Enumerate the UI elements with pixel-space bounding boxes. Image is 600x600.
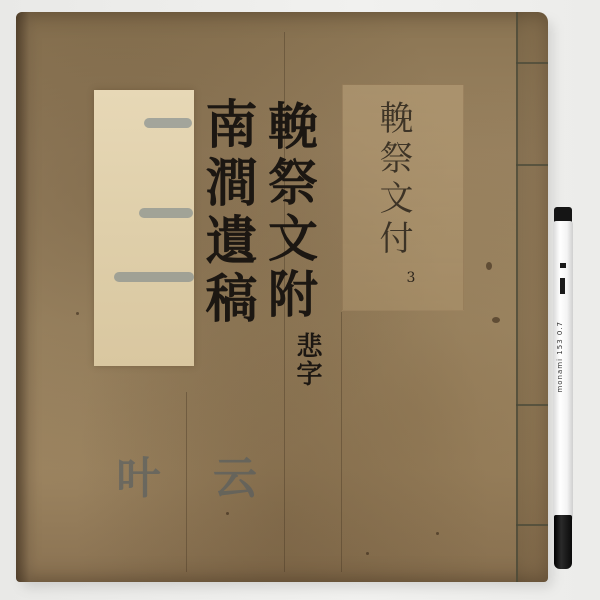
binding-stitch [516, 404, 548, 406]
pen-brand-text: monami 153 0.7 [556, 321, 564, 393]
age-spot [226, 512, 229, 515]
faded-ink-stroke [114, 272, 194, 282]
ink-blot [486, 262, 492, 270]
faded-bottom-inscription: ᅟ叶ᅟ云 ᅟ [74, 442, 504, 512]
pen-clip-slot [560, 278, 565, 294]
binding-stitch [516, 164, 548, 166]
pen-tip [554, 515, 572, 569]
binding-thread-vertical [516, 12, 518, 582]
worn-left-edge [16, 12, 38, 582]
title-label-paper [94, 90, 194, 366]
spine-strip [516, 12, 548, 582]
pen-model: 153 0.7 [556, 321, 564, 355]
ink-blot [492, 317, 500, 323]
book-subtitle: 輓祭文附 [264, 100, 314, 324]
faded-ink-stroke [144, 118, 192, 128]
inner-label-mark: 3 [404, 270, 418, 292]
ballpoint-pen: monami 153 0.7 [553, 207, 573, 569]
inner-label-text: 輓祭文付 [376, 100, 410, 260]
age-spot [436, 532, 439, 535]
manuscript-book-cover: 輓祭文付 3 南澗遺稿 輓祭文附 悲字 ᅟ叶ᅟ云 ᅟ [16, 12, 548, 582]
pen-body: monami 153 0.7 [553, 221, 573, 521]
age-spot [76, 312, 79, 315]
age-spot [366, 552, 369, 555]
binding-stitch [516, 62, 548, 64]
book-subtitle-small: 悲字 [294, 332, 320, 388]
book-title: 南澗遺稿 [200, 97, 252, 329]
pen-brand: monami [556, 358, 564, 393]
pen-clip-dot [560, 263, 566, 268]
faded-ink-stroke [139, 208, 193, 218]
binding-stitch [516, 524, 548, 526]
